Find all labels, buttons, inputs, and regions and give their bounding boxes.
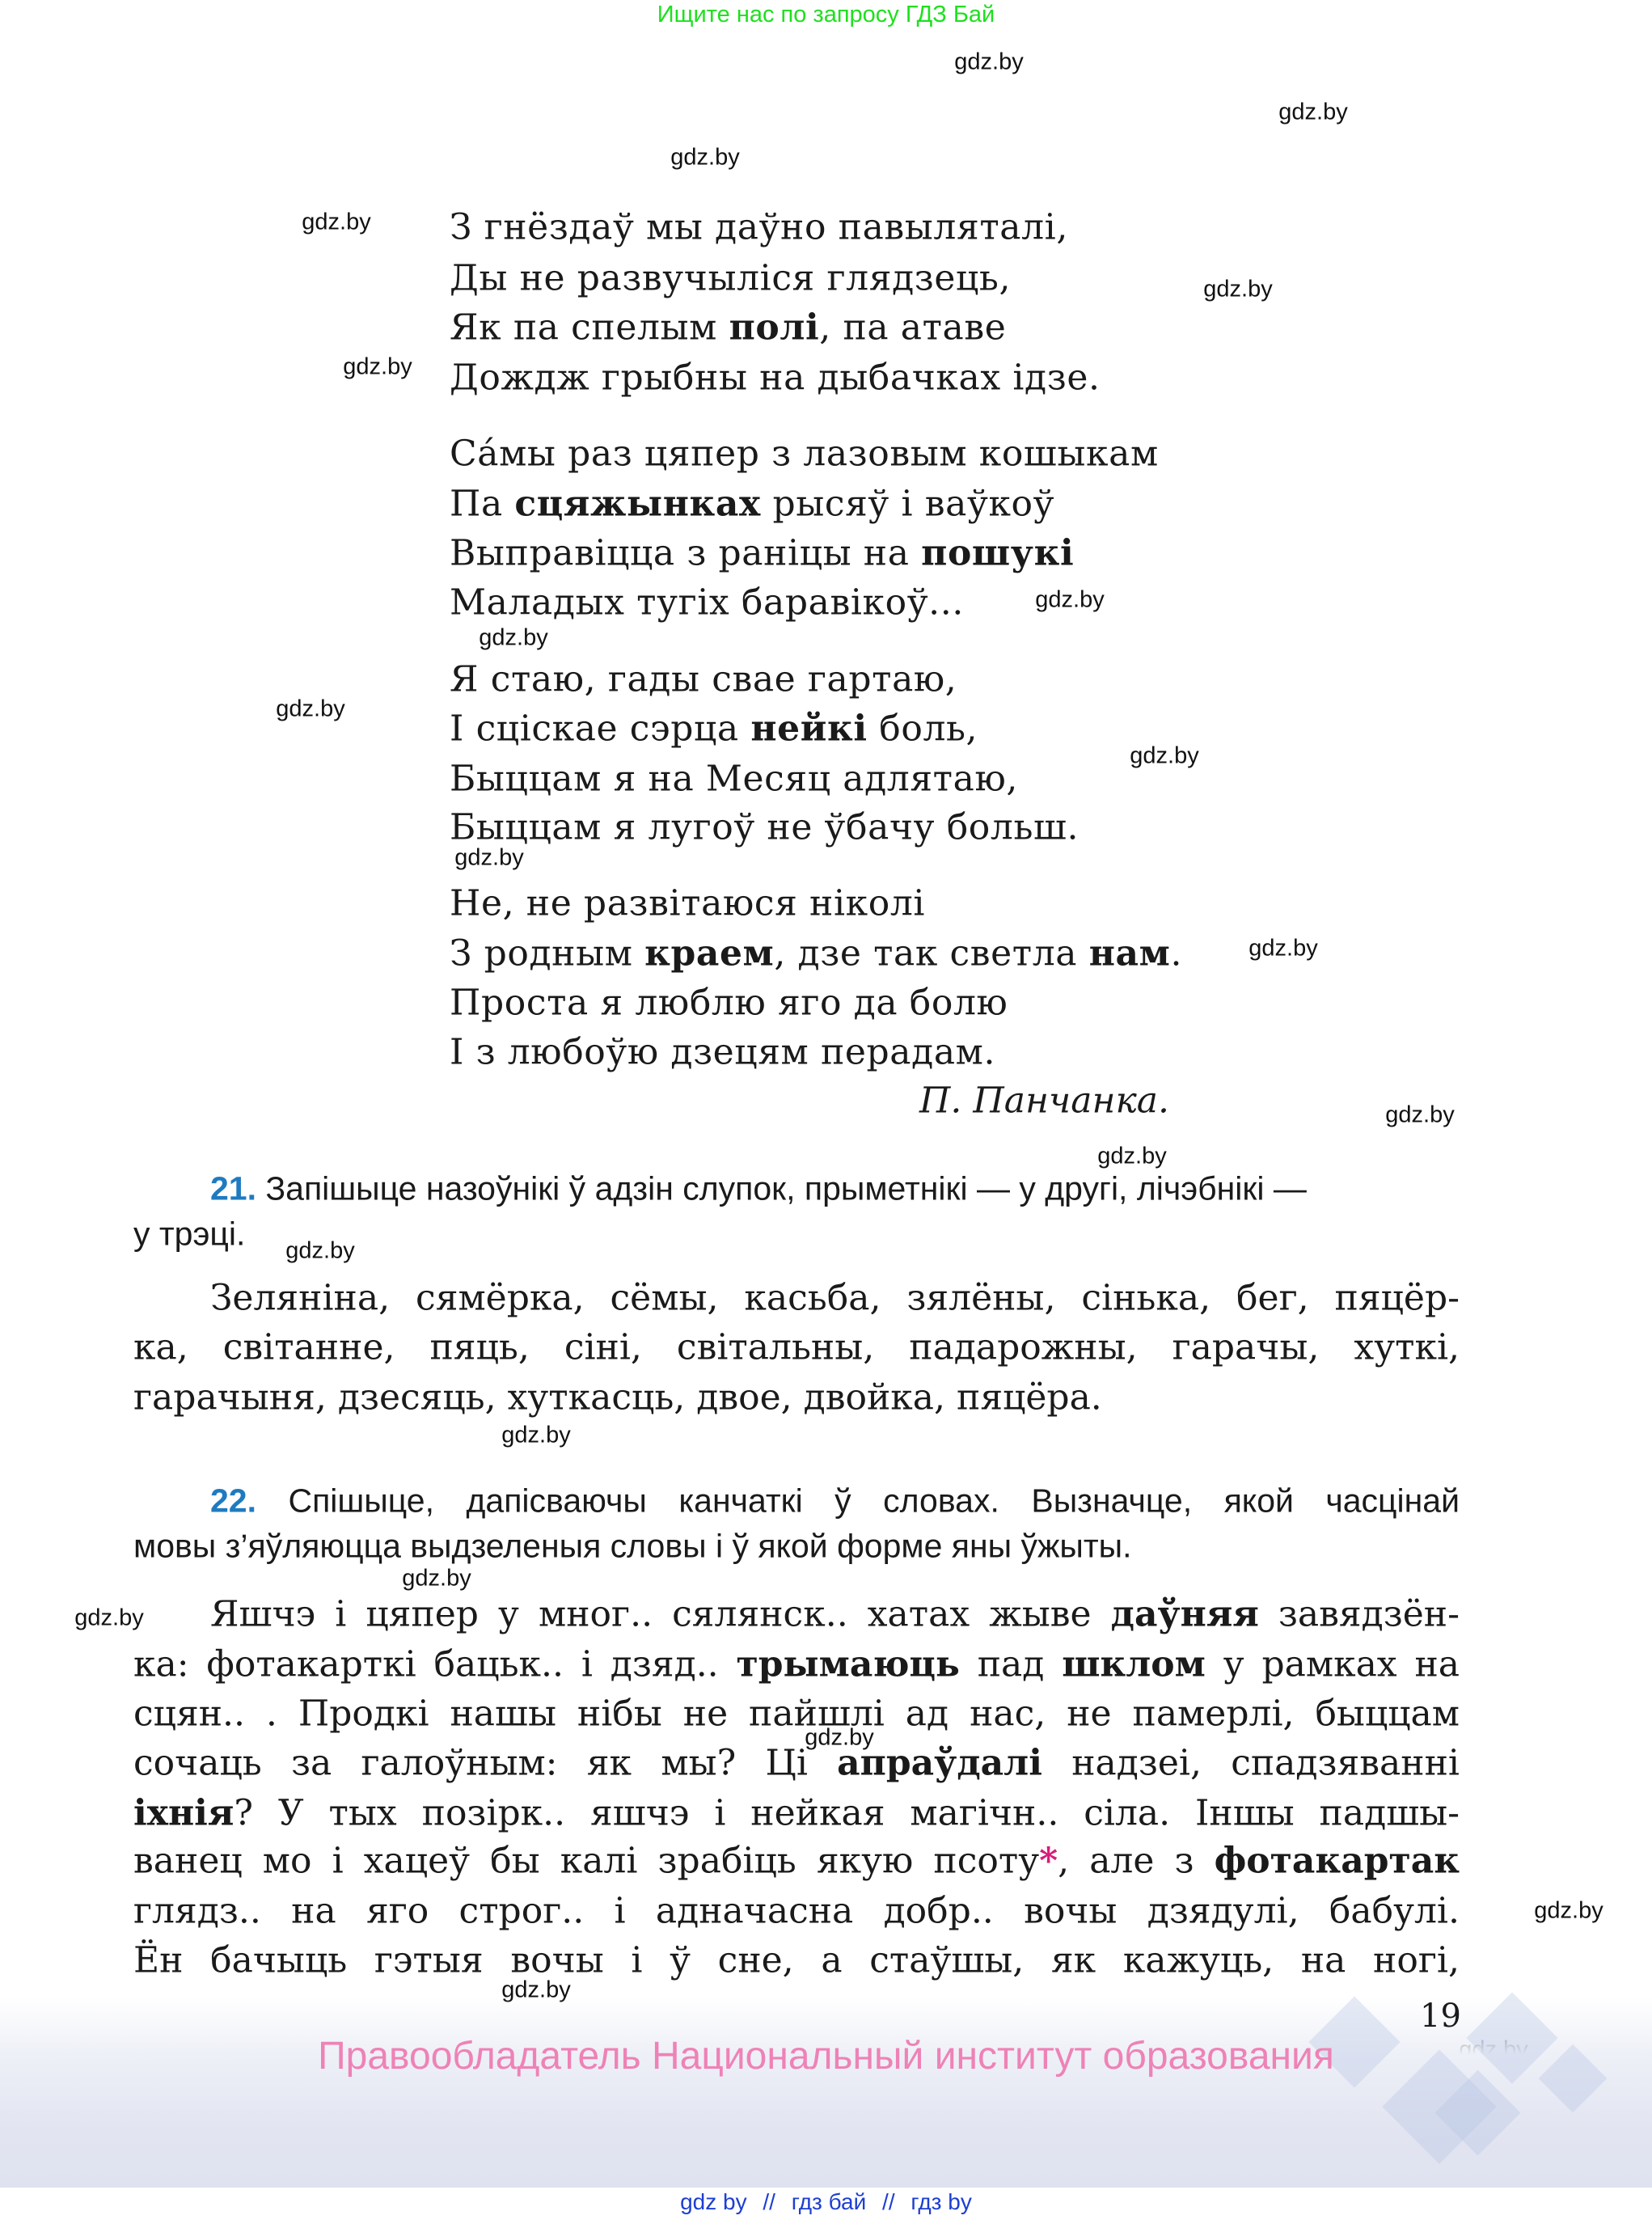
poem-line: З родным краем, дзе так светла нам. bbox=[450, 933, 1182, 975]
poem-line: Ды не развучыліся глядзець, bbox=[450, 258, 1011, 299]
exercise-22-text-line: сочаць за галоўным: як мы? Ці апраўдалі … bbox=[133, 1743, 1460, 1784]
watermark: gdz.by bbox=[1249, 936, 1317, 962]
text-segment: , але з bbox=[1058, 1841, 1215, 1882]
poem-line: Выправіцца з раніцы на пошукі bbox=[450, 533, 1074, 574]
exercise-22-text-line: сцян.. . Продкі нашы нібы не пайшлі ад н… bbox=[133, 1693, 1460, 1735]
watermark: gdz.by bbox=[501, 1423, 570, 1449]
exercise-22-text-line: ка: фотакарткі бацьк.. і дзяд.. трымаюць… bbox=[133, 1644, 1460, 1685]
poem-line: Быццам я на Месяц адлятаю, bbox=[450, 759, 1018, 800]
exercise-22-instruction-cont: мовы з’яўляюцца выдзеленыя словы і ў яко… bbox=[133, 1528, 1132, 1566]
watermark: gdz.by bbox=[343, 354, 412, 381]
exercise-22-text-line: іхнія? У тых позірк.. яшчэ і нейкая магі… bbox=[133, 1793, 1460, 1834]
watermark: gdz.by bbox=[402, 1566, 471, 1592]
exercise-22-text-line: глядз.. на яго строг.. і адначасна добр.… bbox=[133, 1891, 1460, 1932]
text-segment: І з любоўю дзецям перадам. bbox=[450, 1032, 995, 1073]
highlighted-word: нам bbox=[1089, 933, 1171, 975]
highlighted-word: даўняя bbox=[1111, 1594, 1259, 1635]
exercise-22-text-line: Ён бачыць гэтыя вочы і ў сне, а стаўшы, … bbox=[133, 1940, 1460, 1981]
exercise-number: 21. bbox=[210, 1170, 256, 1207]
text-segment: Ён бачыць гэтыя вочы і ў сне, а стаўшы, … bbox=[133, 1940, 1460, 1981]
watermark: gdz.by bbox=[1534, 1898, 1603, 1925]
text-segment: Як па спелым bbox=[450, 307, 729, 349]
watermark: gdz.by bbox=[954, 49, 1023, 76]
footnote-marker: * bbox=[1039, 1841, 1058, 1882]
text-segment: Яшчэ і цяпер у мног.. сялянск.. хатах жы… bbox=[210, 1594, 1111, 1635]
link-gdz-by[interactable]: gdz by bbox=[680, 2189, 747, 2214]
text-segment: , дзе так светла bbox=[774, 933, 1088, 975]
instruction-text: Спішыце, дапісваючы канчаткі ў словах. В… bbox=[289, 1482, 1460, 1520]
text-segment: сочаць за галоўным: як мы? Ці bbox=[133, 1743, 837, 1784]
highlighted-word: трымаюць bbox=[737, 1644, 960, 1685]
poem-line: Быццам я лугоў не ўбачу больш. bbox=[450, 807, 1079, 848]
text-segment: І сціскае сэрца bbox=[450, 708, 750, 750]
text-segment: завядзён- bbox=[1259, 1594, 1460, 1635]
watermark: gdz.by bbox=[454, 845, 523, 872]
text-segment: ? У тых позірк.. яшчэ і нейкая магічн.. … bbox=[234, 1793, 1460, 1834]
link-gdz-by-cyr[interactable]: гдз by bbox=[911, 2189, 971, 2214]
text-segment: Выправіцца з раніцы на bbox=[450, 533, 921, 574]
text-segment: Быццам я на Месяц адлятаю, bbox=[450, 759, 1018, 800]
watermark: gdz.by bbox=[302, 209, 370, 236]
highlighted-word: нейкі bbox=[750, 708, 867, 750]
poem-line: І сціскае сэрца нейкі боль, bbox=[450, 708, 978, 750]
highlighted-word: сцяжынках bbox=[514, 484, 760, 525]
poem-line: Са́мы раз цяпер з лазовым кошыкам bbox=[450, 433, 1159, 475]
text-segment: Не, не развітаюся ніколі bbox=[450, 883, 925, 924]
watermark: gdz.by bbox=[74, 1605, 143, 1632]
link-gdz-bai[interactable]: гдз бай bbox=[792, 2189, 867, 2214]
text-segment: у рамках на bbox=[1206, 1644, 1460, 1685]
exercise-number: 22. bbox=[210, 1482, 256, 1520]
exercise-21-words: гарачыня, дзесяць, хуткасць, двое, двойк… bbox=[133, 1377, 1460, 1419]
highlighted-word: шклом bbox=[1062, 1644, 1206, 1685]
text-segment: глядз.. на яго строг.. і адначасна добр.… bbox=[133, 1891, 1460, 1932]
poem-line: Як па спелым полі, па атаве bbox=[450, 307, 1006, 349]
text-segment: Па bbox=[450, 484, 514, 525]
watermark: gdz.by bbox=[1097, 1144, 1166, 1170]
poem-line: Маладых тугіх баравікоў... bbox=[450, 582, 964, 624]
watermark: gdz.by bbox=[1130, 743, 1198, 770]
text-segment: Проста я люблю яго да болю bbox=[450, 983, 1008, 1024]
watermark: gdz.by bbox=[276, 696, 344, 723]
exercise-22-instruction: 22. Спішыце, дапісваючы канчаткі ў слова… bbox=[210, 1482, 1460, 1520]
poem-line: Я стаю, гады свае гартаю, bbox=[450, 659, 957, 700]
exercise-22-text-line: ванец мо і хацеў бы калі зрабіць якую пс… bbox=[133, 1841, 1460, 1882]
text-segment: пад bbox=[960, 1644, 1062, 1685]
poem-line: Проста я люблю яго да болю bbox=[450, 983, 1008, 1024]
text-segment: рысяў і ваўкоў bbox=[761, 484, 1054, 525]
top-banner: Ищите нас по запросу ГДЗ Бай bbox=[0, 2, 1652, 28]
watermark: gdz.by bbox=[670, 145, 739, 171]
text-segment: ка: фотакарткі бацьк.. і дзяд.. bbox=[133, 1644, 737, 1685]
separator: // bbox=[763, 2189, 775, 2214]
watermark: gdz.by bbox=[1203, 277, 1272, 303]
text-segment: З родным bbox=[450, 933, 644, 975]
exercise-21-instruction: 21. Запішыце назоўнікі ў адзін слупок, п… bbox=[210, 1170, 1307, 1208]
watermark: gdz.by bbox=[1385, 1102, 1454, 1129]
text-segment: Быццам я лугоў не ўбачу больш. bbox=[450, 807, 1079, 848]
highlighted-word: пошукі bbox=[921, 533, 1074, 574]
exercise-22-text-line: Яшчэ і цяпер у мног.. сялянск.. хатах жы… bbox=[210, 1594, 1460, 1635]
text-segment: Дождж грыбны на дыбачках ідзе. bbox=[450, 357, 1101, 399]
text-segment: сцян.. . Продкі нашы нібы не пайшлі ад н… bbox=[133, 1693, 1460, 1735]
watermark: gdz.by bbox=[285, 1238, 354, 1265]
poem-line: І з любоўю дзецям перадам. bbox=[450, 1032, 995, 1073]
text-segment: . bbox=[1170, 933, 1182, 975]
poem-line: Не, не развітаюся ніколі bbox=[450, 883, 925, 924]
watermark: gdz.by bbox=[479, 625, 547, 652]
poem-author: П. Панчанка. bbox=[919, 1080, 1169, 1122]
text-segment: Са́мы раз цяпер з лазовым кошыкам bbox=[450, 433, 1159, 475]
text-segment: надзеі, спадзяванні bbox=[1042, 1743, 1460, 1784]
poem-line: Па сцяжынках рысяў і ваўкоў bbox=[450, 484, 1054, 525]
poem-line: Дождж грыбны на дыбачках ідзе. bbox=[450, 357, 1101, 399]
text-segment: Маладых тугіх баравікоў... bbox=[450, 582, 964, 624]
text-segment: З гнёздаў мы даўно павыляталі, bbox=[450, 207, 1068, 248]
highlighted-word: полі bbox=[729, 307, 820, 349]
watermark: gdz.by bbox=[1278, 99, 1347, 126]
watermark: gdz.by bbox=[1035, 587, 1104, 614]
poem-line: З гнёздаў мы даўно павыляталі, bbox=[450, 207, 1068, 248]
exercise-21-words: ка, світанне, пяць, сіні, світальны, пад… bbox=[133, 1327, 1460, 1368]
separator: // bbox=[882, 2189, 895, 2214]
text-segment: ванец мо і хацеў бы калі зрабіць якую пс… bbox=[133, 1841, 1039, 1882]
page-number: 19 bbox=[1420, 1998, 1461, 2035]
highlighted-word: краем bbox=[644, 933, 774, 975]
bottom-links: gdz by // гдз бай // гдз by bbox=[0, 2188, 1652, 2215]
exercise-21-words: Зеляніна, сямёрка, сёмы, касьба, зялёны,… bbox=[210, 1278, 1460, 1319]
copyright-notice: Правообладатель Национальный институт об… bbox=[0, 2034, 1652, 2078]
exercise-21-instruction-cont: у трэці. bbox=[133, 1216, 245, 1254]
instruction-text: Запішыце назоўнікі ў адзін слупок, прыме… bbox=[265, 1170, 1306, 1207]
highlighted-word: апраўдалі bbox=[837, 1743, 1042, 1784]
text-segment: , па атаве bbox=[819, 307, 1006, 349]
highlighted-word: фотакартак bbox=[1215, 1841, 1460, 1882]
highlighted-word: іхнія bbox=[133, 1793, 234, 1834]
text-segment: Ды не развучыліся глядзець, bbox=[450, 258, 1011, 299]
text-segment: боль, bbox=[868, 708, 978, 750]
text-segment: Я стаю, гады свае гартаю, bbox=[450, 659, 957, 700]
